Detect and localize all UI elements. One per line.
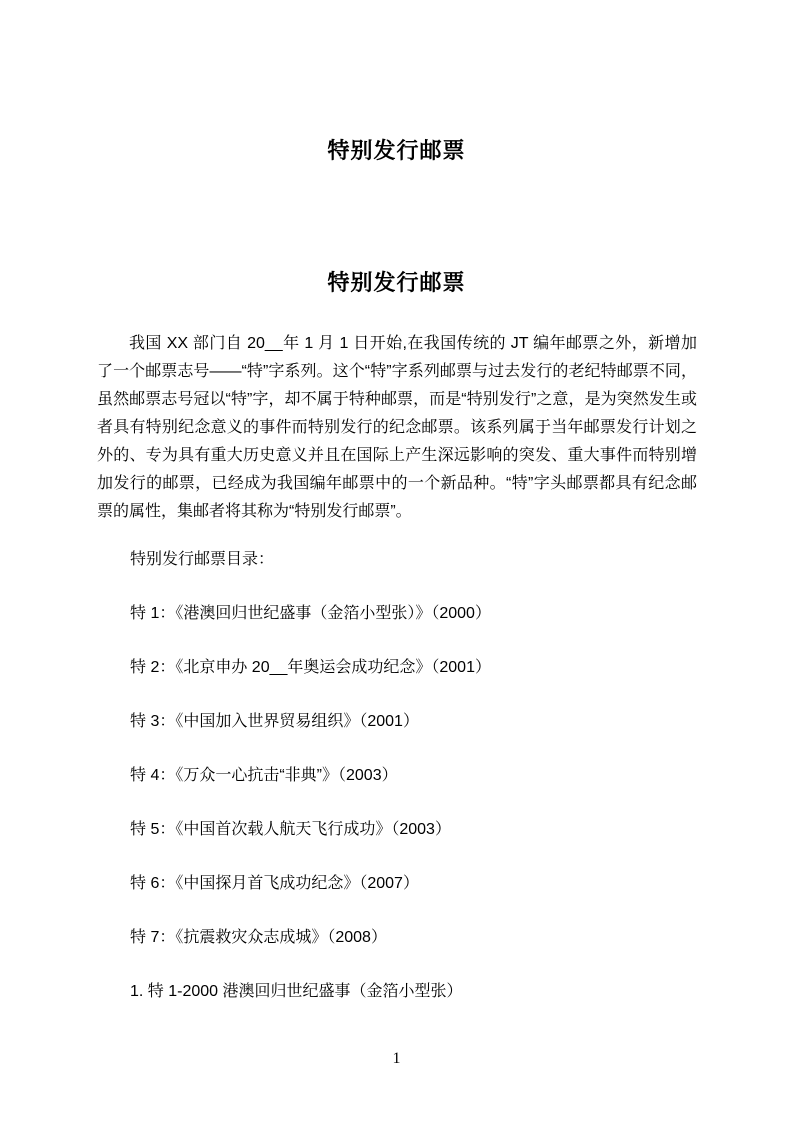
section-heading: 1. 特 1-2000 港澳回归世纪盛事（金箔小型张） <box>130 982 710 1002</box>
document-page: 特别发行邮票 特别发行邮票 我国 XX 部门自 20__年 1 月 1 日开始,… <box>0 0 793 1122</box>
catalog-item: 特 7：《抗震救灾众志成城》（2008） <box>130 928 710 948</box>
document-title-top: 特别发行邮票 <box>0 139 793 163</box>
catalog-item: 特 6：《中国探月首飞成功纪念》（2007） <box>130 874 710 894</box>
intro-paragraph: 我国 XX 部门自 20__年 1 月 1 日开始,在我国传统的 JT 编年邮票… <box>97 330 697 526</box>
catalog-heading: 特别发行邮票目录： <box>130 550 710 570</box>
catalog-item: 特 5：《中国首次载人航天飞行成功》（2003） <box>130 820 710 840</box>
catalog-item: 特 2：《北京申办 20__年奥运会成功纪念》（2001） <box>130 658 710 678</box>
catalog-item: 特 4：《万众一心抗击“非典”》（2003） <box>130 766 710 786</box>
page-number: 1 <box>0 1049 793 1069</box>
catalog-item: 特 3：《中国加入世界贸易组织》（2001） <box>130 712 710 732</box>
catalog-item: 特 1：《港澳回归世纪盛事（金箔小型张）》（2000） <box>130 604 710 624</box>
document-title: 特别发行邮票 <box>0 271 793 295</box>
catalog-list: 特别发行邮票目录： 特 1：《港澳回归世纪盛事（金箔小型张）》（2000） 特 … <box>130 550 710 1036</box>
